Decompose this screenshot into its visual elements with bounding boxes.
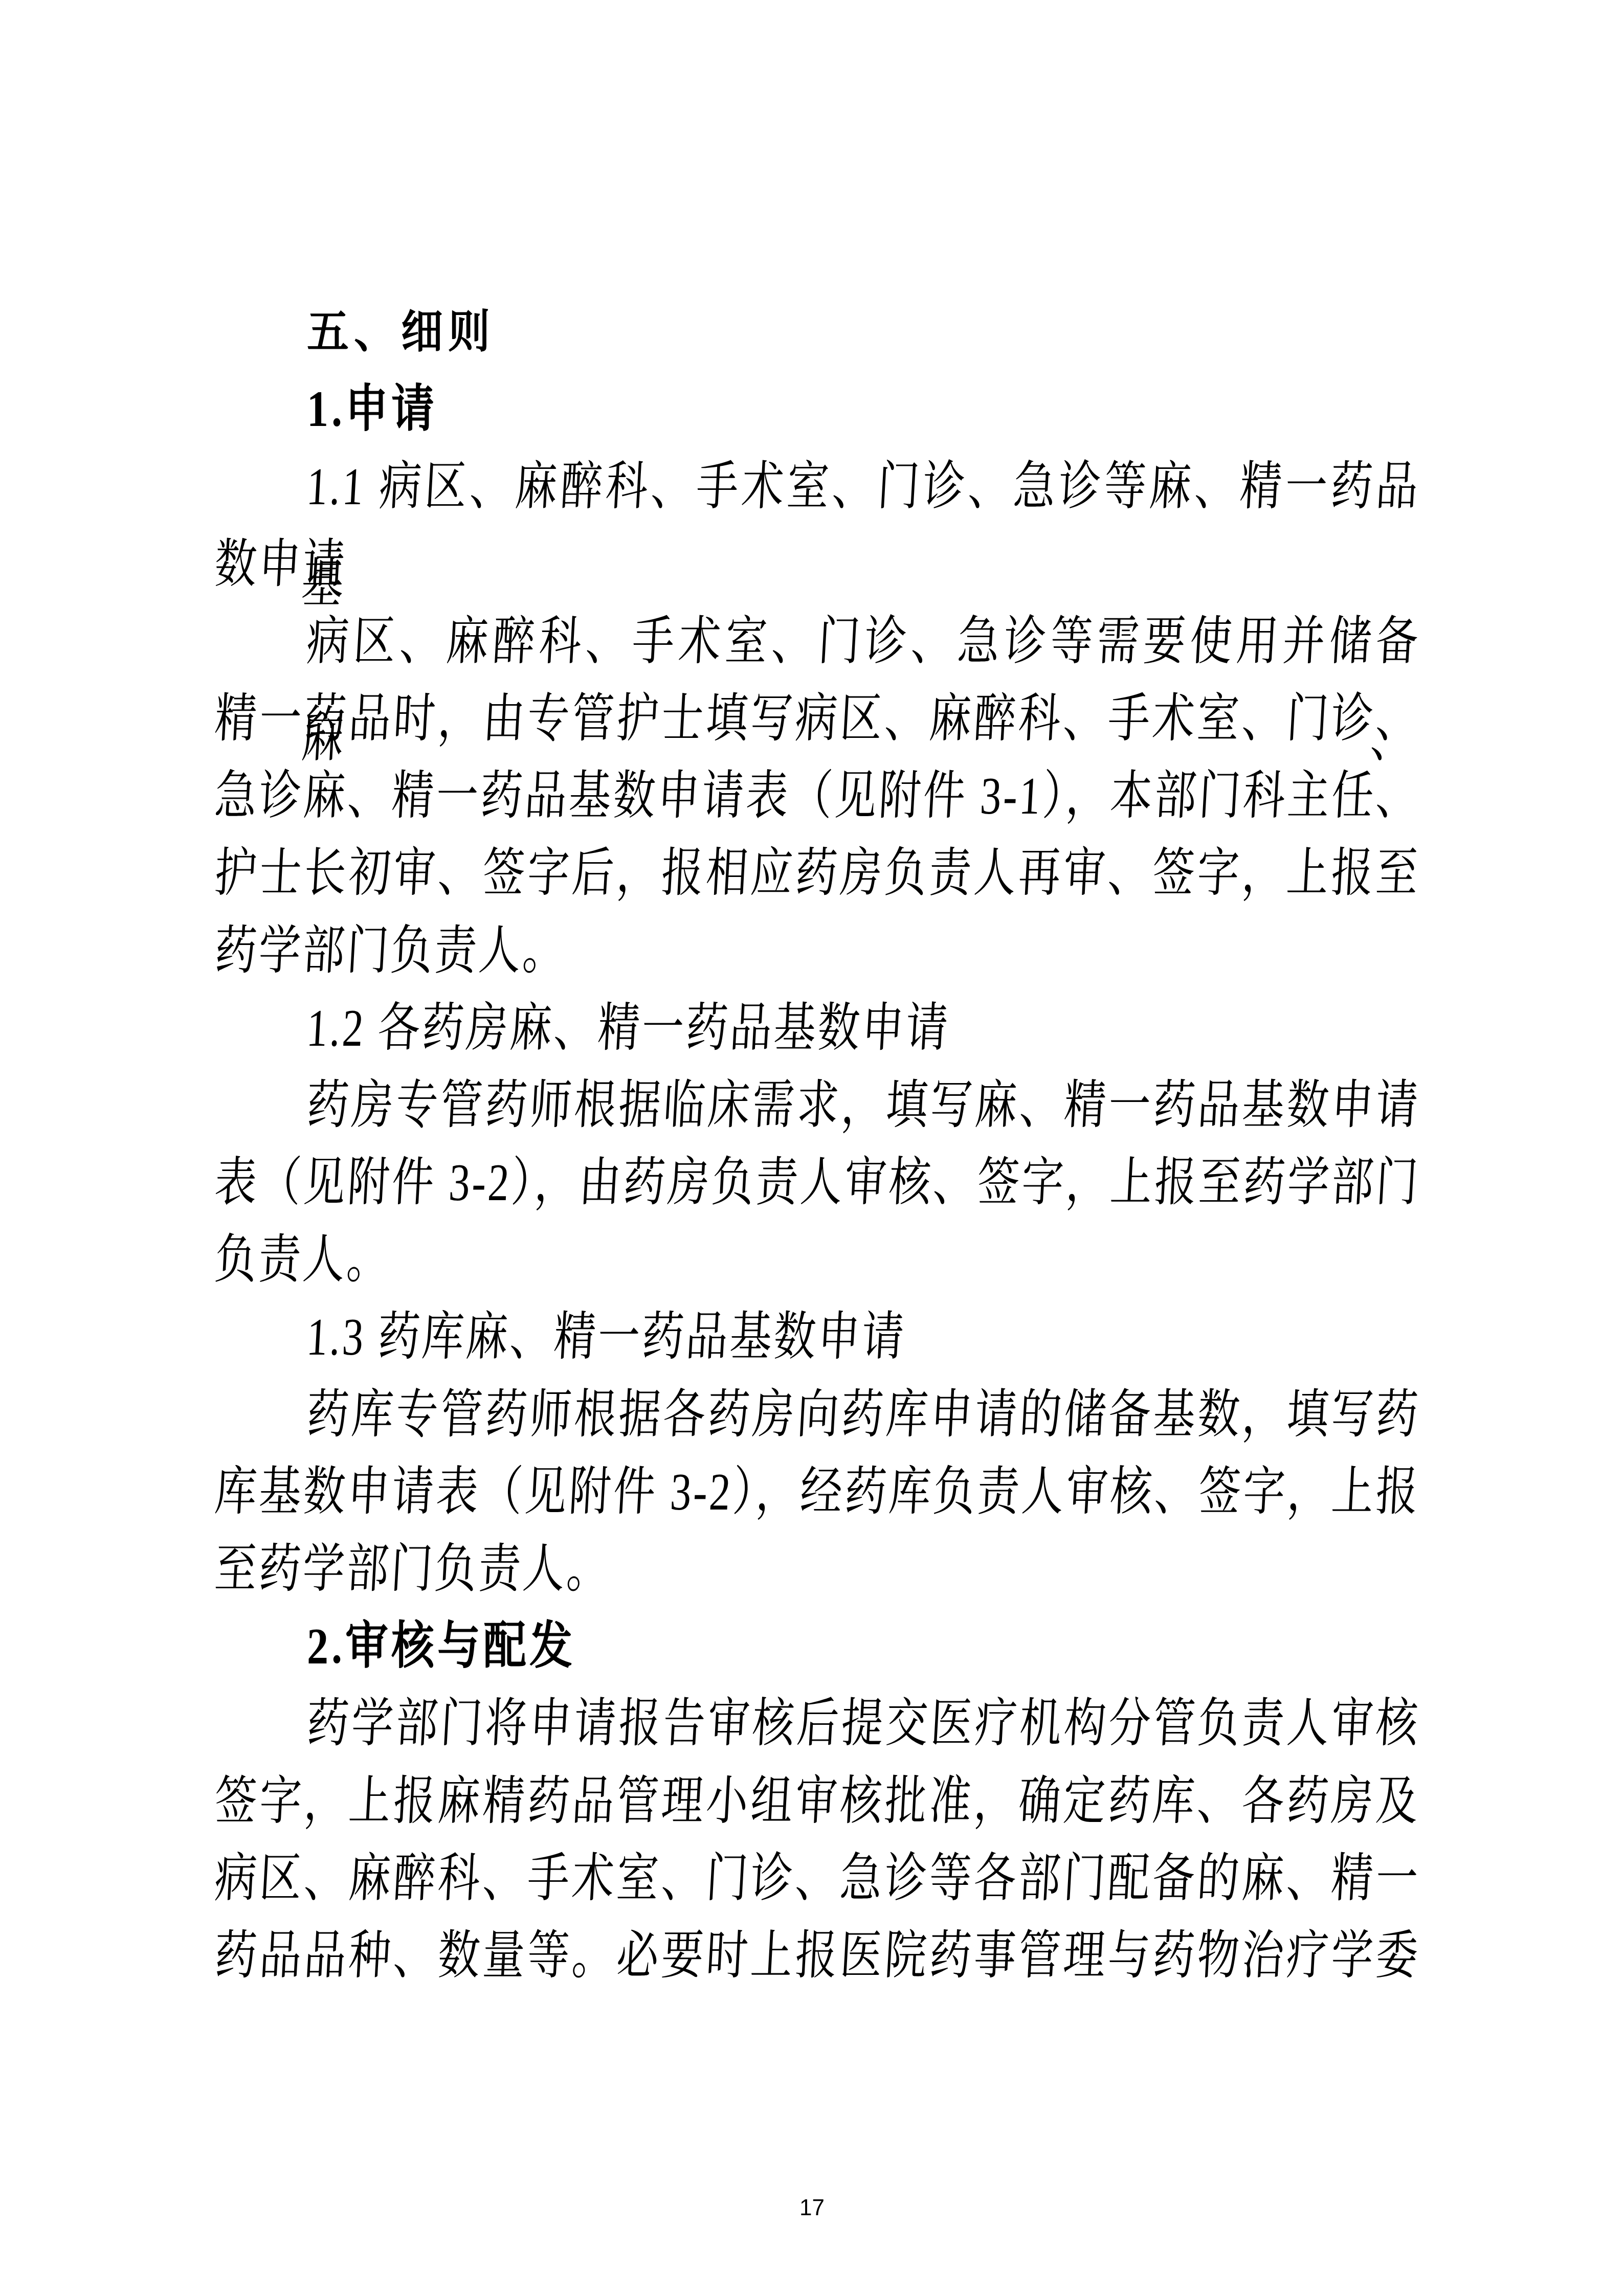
document-body: 五、细则1.申请1.1 病区、麻醉科、手术室、门诊、急诊等麻、精一药品基数申请病… — [215, 294, 1420, 1994]
text-line: 五、细则 — [215, 290, 1420, 374]
text-line: 药品品种、数量等。必要时上报医院药事管理与药物治疗学委 — [212, 1907, 1423, 2004]
document-page: 五、细则1.申请1.1 病区、麻醉科、手术室、门诊、急诊等麻、精一药品基数申请病… — [0, 0, 1624, 2296]
page-number: 17 — [0, 2193, 1624, 2223]
